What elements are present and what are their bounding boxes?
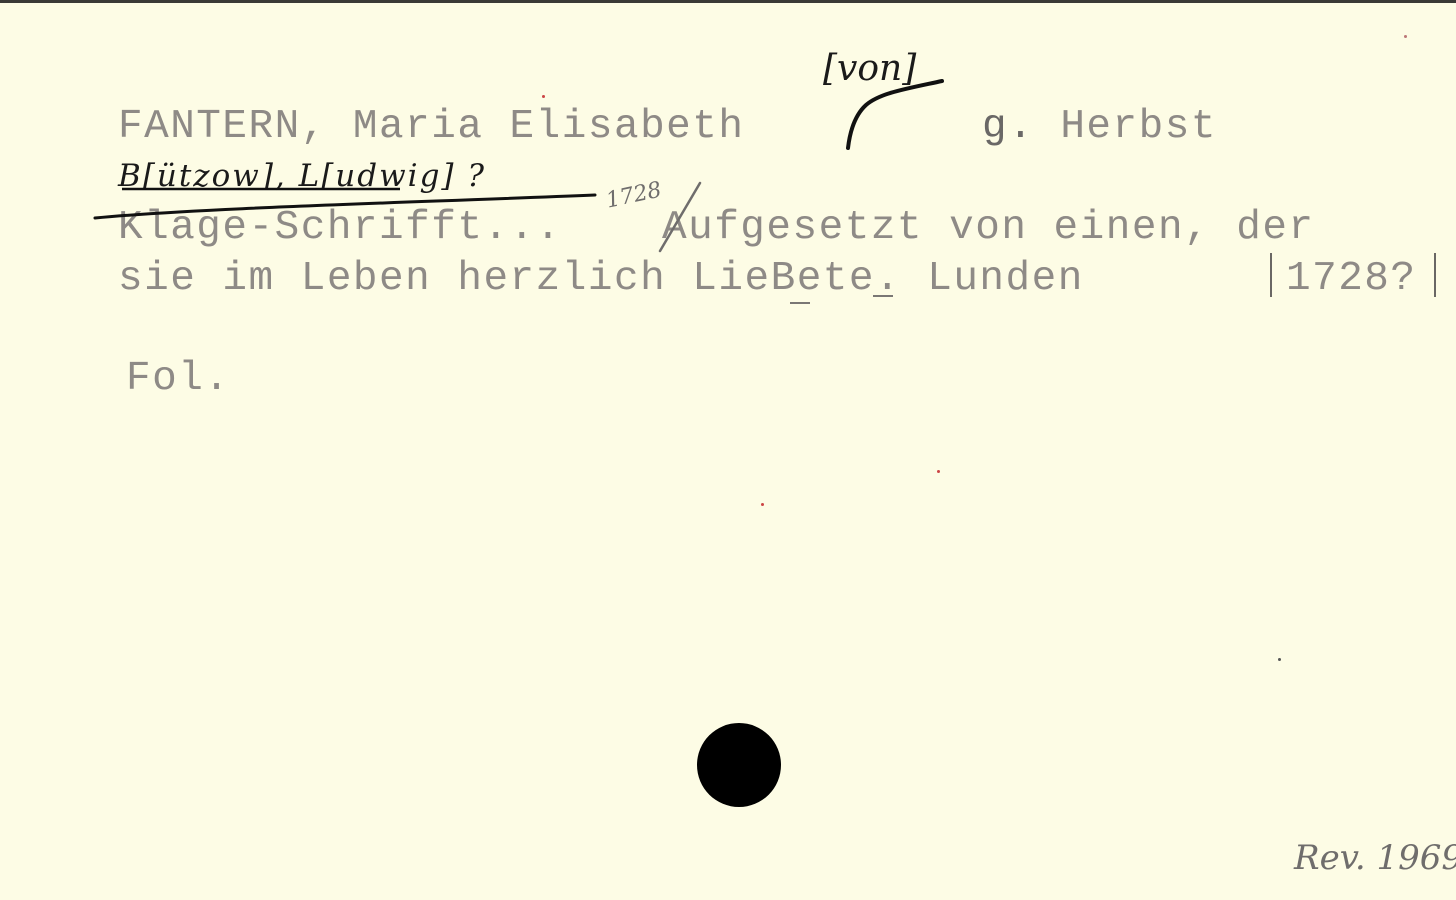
- speck: [761, 503, 764, 506]
- speck: [937, 470, 940, 473]
- speck: [542, 95, 545, 98]
- speck: [1404, 35, 1407, 38]
- punch-hole: [697, 723, 781, 807]
- catalog-card: FANTERN, Maria Elisabeth g. Herbst [von]…: [0, 0, 1456, 900]
- speck: [1278, 658, 1281, 661]
